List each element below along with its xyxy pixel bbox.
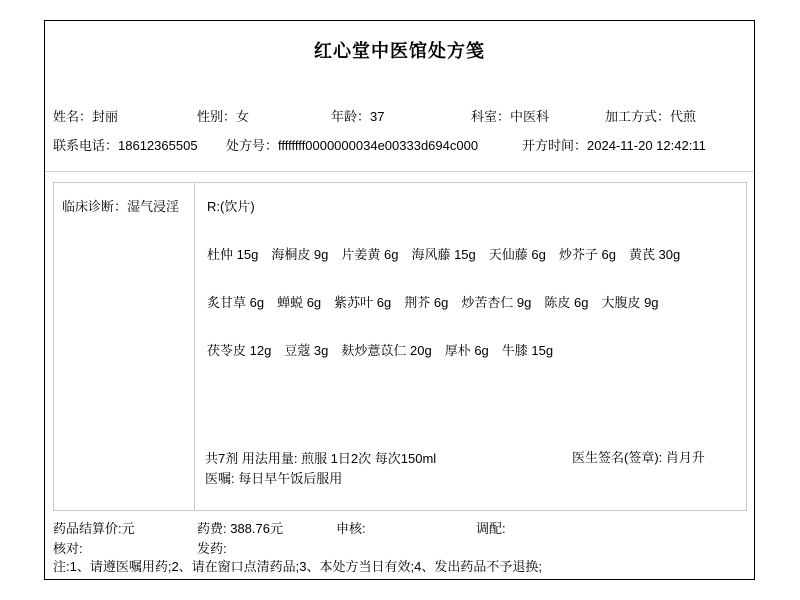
herb-item: 炒芥子 6g	[559, 244, 616, 263]
processing-method-field: 加工方式：代煎	[605, 109, 696, 124]
patient-gender-label: 性别：	[197, 109, 236, 124]
patient-name-label: 姓名：	[53, 109, 92, 124]
patient-gender-field: 性别：女	[197, 109, 249, 124]
herb-item: 牛膝 15g	[502, 340, 553, 359]
issue-time-label: 开方时间：	[522, 138, 587, 153]
herb-item: 荆芥 6g	[404, 292, 448, 311]
herb-line: 炙甘草 6g蝉蜕 6g紫苏叶 6g荆芥 6g炒苦杏仁 9g陈皮 6g大腹皮 9g	[207, 292, 672, 311]
doctor-advice: 医嘱: 每日早午饭后服用	[205, 468, 342, 487]
patient-gender-value: 女	[236, 109, 249, 124]
herb-line: 茯苓皮 12g豆蔻 3g麸炒薏苡仁 20g厚朴 6g牛膝 15g	[207, 340, 566, 359]
rx-number-value: ffffffff0000000034e00333d694c000	[278, 138, 478, 153]
diagnosis-pane: 临床诊断：湿气浸淫	[54, 183, 195, 510]
herb-item: 紫苏叶 6g	[334, 292, 391, 311]
herb-item: 大腹皮 9g	[601, 292, 658, 311]
patient-age-field: 年龄：37	[331, 109, 384, 124]
processing-method-value: 代煎	[670, 109, 696, 124]
herb-item: 茯苓皮 12g	[207, 340, 271, 359]
rx-number-field: 处方号：ffffffff0000000034e00333d694c000	[226, 138, 478, 153]
herb-item: 蝉蜕 6g	[277, 292, 321, 311]
herb-item: 黄芪 30g	[629, 244, 680, 263]
issue-time-field: 开方时间：2024-11-20 12:42:11	[522, 138, 706, 153]
phone-field: 联系电话：18612365505	[53, 138, 198, 153]
rx-number-label: 处方号：	[226, 138, 278, 153]
herb-item: 炒苦杏仁 9g	[461, 292, 531, 311]
patient-department-field: 科室：中医科	[471, 109, 549, 124]
header-separator	[45, 171, 754, 172]
page-title: 红心堂中医馆处方笺	[45, 37, 754, 63]
herb-item: 陈皮 6g	[544, 292, 588, 311]
patient-department-value: 中医科	[510, 109, 549, 124]
phone-label: 联系电话：	[53, 138, 118, 153]
dispense-prep-field: 调配:	[476, 521, 506, 536]
check-field: 核对:	[53, 541, 83, 556]
footer-note: 注:1、请遵医嘱用药;2、请在窗口点清药品;3、本处方当日有效;4、发出药品不予…	[53, 559, 542, 574]
processing-method-label: 加工方式：	[605, 109, 670, 124]
doctor-signature: 医生签名(签章): 肖月升	[572, 448, 744, 467]
page: { "title": "红心堂中医馆处方笺", "patient": { "na…	[0, 0, 800, 600]
patient-name-value: 封丽	[92, 109, 118, 124]
herb-item: 豆蔻 3g	[284, 340, 328, 359]
patient-age-value: 37	[370, 109, 384, 124]
herb-item: 麸炒薏苡仁 20g	[341, 340, 431, 359]
phone-value: 18612365505	[118, 138, 198, 153]
herb-item: 海桐皮 9g	[271, 244, 328, 263]
usage-instructions: 共7剂 用法用量: 煎服 1日2次 每次150ml	[205, 448, 436, 467]
herb-item: 杜仲 15g	[207, 244, 258, 263]
prescription-box: 临床诊断：湿气浸淫 R:(饮片) 杜仲 15g海桐皮 9g片姜黄 6g海风藤 1…	[53, 182, 747, 511]
herb-item: 炙甘草 6g	[207, 292, 264, 311]
patient-department-label: 科室：	[471, 109, 510, 124]
herb-item: 海风藤 15g	[411, 244, 475, 263]
issue-time-value: 2024-11-20 12:42:11	[587, 138, 706, 153]
diagnosis-value: 湿气浸淫	[127, 199, 179, 214]
patient-age-label: 年龄：	[331, 109, 370, 124]
herb-line: 杜仲 15g海桐皮 9g片姜黄 6g海风藤 15g天仙藤 6g炒芥子 6g黄芪 …	[207, 244, 693, 263]
fee-field: 药费: 388.76元	[197, 521, 283, 536]
settle-price-field: 药品结算价:元	[53, 521, 135, 536]
herb-item: 片姜黄 6g	[341, 244, 398, 263]
rx-header: R:(饮片)	[207, 196, 255, 215]
diagnosis-label: 临床诊断：	[62, 199, 127, 214]
dispense-field: 发药:	[197, 541, 227, 556]
herb-item: 天仙藤 6g	[489, 244, 546, 263]
review-field: 申核:	[336, 521, 366, 536]
diagnosis-field: 临床诊断：湿气浸淫	[62, 196, 179, 215]
prescription-sheet: 红心堂中医馆处方笺 姓名：封丽 性别：女 年龄：37 科室：中医科 加工方式：代…	[44, 20, 755, 580]
patient-name-field: 姓名：封丽	[53, 109, 118, 124]
herb-item: 厚朴 6g	[445, 340, 489, 359]
